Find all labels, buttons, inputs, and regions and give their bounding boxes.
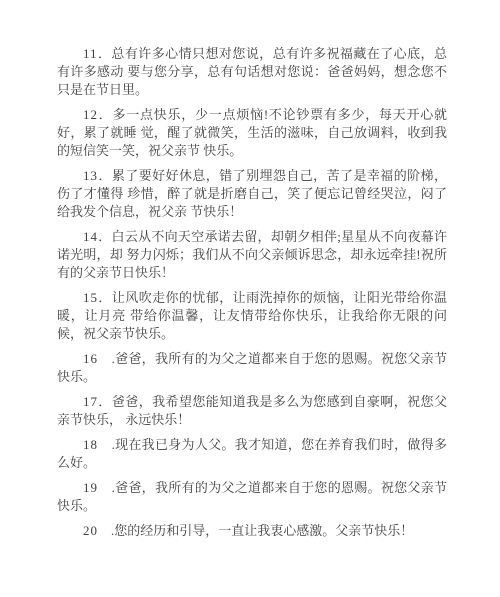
item-number: 15 [83,290,98,305]
greeting-item-12: 12．多一点快乐，少一点烦恼!不论钞票有多少，每天开心就好，累了就睡 觉，醒了就… [57,106,447,160]
greeting-list: 11．总有许多心情只想对您说，总有许多祝福藏在了心底，总有许多感动 要与您分享，… [57,45,447,547]
item-text: ．爸爸，我希望您能知道我是多么为您感到自豪啊，祝您父亲节快乐， 永远快乐！ [57,394,447,427]
greeting-item-13: 13．累了要好好休息，错了别埋怨自己，苦了是幸福的阶梯，伤了才懂得 珍惜，醉了就… [57,167,447,221]
item-text: .您的经历和引导，一直让我衷心感激。父亲节快乐！ [98,523,413,538]
greeting-item-14: 14．白云从不向天空承诺去留，却朝夕相伴;星星从不向夜幕许诺光明，却 努力闪烁；… [57,228,447,282]
greeting-item-18: 18 .现在我已身为人父。我才知道，您在养育我们时，做得多么好。 [57,436,447,472]
item-number: 13 [83,168,98,183]
item-text: ．累了要好好休息，错了别埋怨自己，苦了是幸福的阶梯，伤了才懂得 珍惜，醉了就是折… [57,168,447,219]
greeting-item-15: 15．让风吹走你的忧郁，让雨洗掉你的烦恼，让阳光带给你温暖，让月亮 带给你温馨，… [57,289,447,343]
greeting-item-19: 19 .爸爸，我所有的为父之道都来自于您的恩赐。祝您父亲节快乐。 [57,479,447,515]
item-number: 20 [83,523,98,538]
greeting-item-11: 11．总有许多心情只想对您说，总有许多祝福藏在了心底，总有许多感动 要与您分享，… [57,45,447,99]
item-text: .现在我已身为人父。我才知道，您在养育我们时，做得多么好。 [57,437,447,470]
item-number: 17 [83,394,98,409]
item-text: ．白云从不向天空承诺去留，却朝夕相伴;星星从不向夜幕许诺光明，却 努力闪烁；我们… [57,229,447,280]
item-text: ．让风吹走你的忧郁，让雨洗掉你的烦恼，让阳光带给你温暖，让月亮 带给你温馨，让友… [57,290,447,341]
item-number: 14 [83,229,98,244]
item-text: ．总有许多心情只想对您说，总有许多祝福藏在了心底，总有许多感动 要与您分享，总有… [57,46,447,97]
item-text: ．多一点快乐，少一点烦恼!不论钞票有多少，每天开心就好，累了就睡 觉，醒了就微笑… [57,107,447,158]
item-text: .爸爸，我所有的为父之道都来自于您的恩赐。祝您父亲节快乐。 [57,480,447,513]
item-number: 11 [83,46,98,61]
item-number: 18 [83,437,98,452]
document-page: 11．总有许多心情只想对您说，总有许多祝福藏在了心底，总有许多感动 要与您分享，… [0,0,500,597]
item-number: 12 [83,107,98,122]
greeting-item-20: 20 .您的经历和引导，一直让我衷心感激。父亲节快乐！ [57,522,447,540]
greeting-item-16: 16 .爸爸，我所有的为父之道都来自于您的恩赐。祝您父亲节快乐。 [57,350,447,386]
item-number: 16 [83,351,98,366]
greeting-item-17: 17．爸爸，我希望您能知道我是多么为您感到自豪啊，祝您父亲节快乐， 永远快乐！ [57,393,447,429]
item-number: 19 [83,480,98,495]
item-text: .爸爸，我所有的为父之道都来自于您的恩赐。祝您父亲节快乐。 [57,351,447,384]
